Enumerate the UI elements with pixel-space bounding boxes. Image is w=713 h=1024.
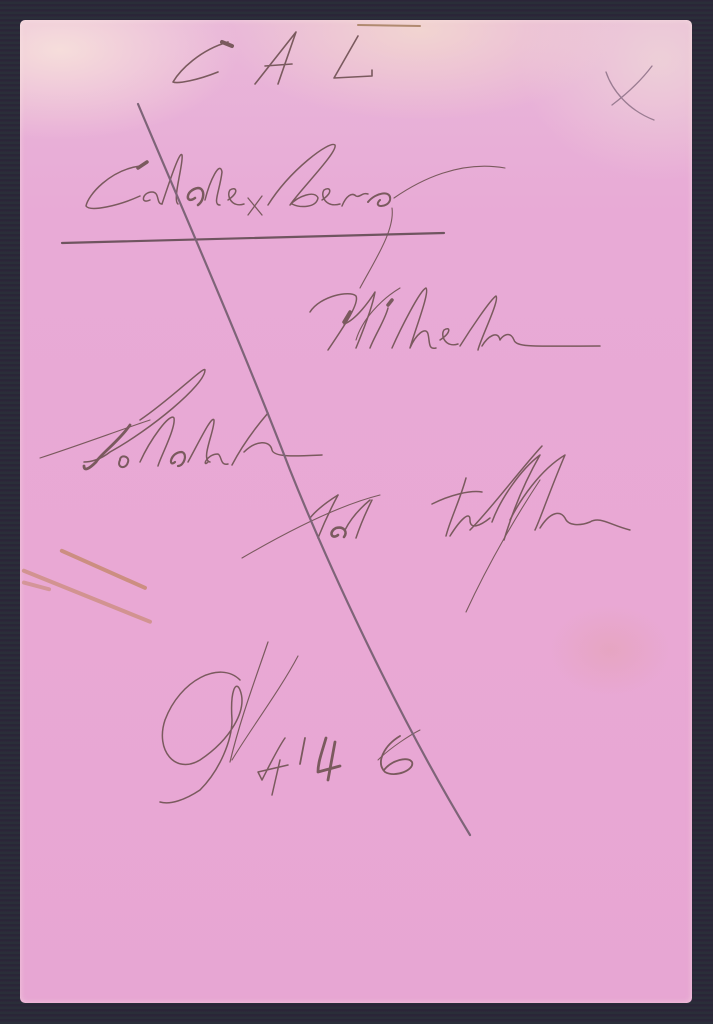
card-reference: 4146 [262,752,298,768]
rust-stain [59,548,147,590]
rust-stain [21,568,152,624]
card-rank: Soldat [85,438,130,454]
card-code: CAL [175,48,205,64]
card-unit: 161 Inftr. [310,512,376,528]
card-corner-mark: X [620,85,630,101]
card-surname: Caldenberg [90,180,173,196]
card-given-name: Wilhelm [330,320,388,336]
